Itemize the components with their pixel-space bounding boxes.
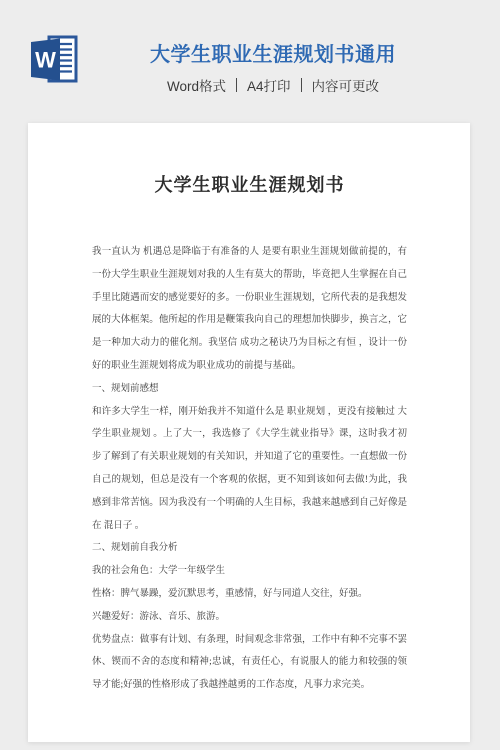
doc-line-social-role: 我的社会角色：大学一年级学生	[92, 560, 407, 583]
meta-editable-label: 内容可更改	[312, 75, 380, 95]
meta-divider	[301, 78, 302, 92]
document-title: 大学生职业生涯规划书	[92, 173, 407, 197]
doc-section-heading-1: 一、规划前感想	[92, 378, 407, 401]
page-title: 大学生职业生涯规划书通用	[46, 42, 500, 68]
meta-print-label: A4打印	[247, 75, 291, 95]
doc-line-hobbies: 兴趣爱好：游泳、音乐、旅游。	[92, 606, 407, 629]
template-preview-page: W 大学生职业生涯规划书通用 Word格式 A4打印 内容可更改 大学生职业生涯…	[0, 0, 500, 750]
document-body: 我一直认为 机遇总是降临于有准备的人 是要有职业生涯规划做前提的，有一份大学生职…	[92, 241, 407, 697]
doc-line-strengths: 优势盘点：做事有计划、有条理，时间观念非常强，工作中有种不完事不罢休、锲而不舍的…	[92, 629, 407, 697]
meta-format-label: Word格式	[167, 75, 226, 95]
doc-line-personality: 性格：脾气暴躁，爱沉默思考，重感情，好与同道人交往，好强。	[92, 583, 407, 606]
meta-divider	[236, 78, 237, 92]
doc-paragraph-intro: 我一直认为 机遇总是降临于有准备的人 是要有职业生涯规划做前提的，有一份大学生职…	[92, 241, 407, 378]
header-text-block: 大学生职业生涯规划书通用 Word格式 A4打印 内容可更改	[46, 42, 500, 95]
doc-paragraph-section-1: 和许多大学生一样，刚开始我并不知道什么是 职业规划 ，更没有接触过 大学生职业规…	[92, 401, 407, 538]
file-meta: Word格式 A4打印 内容可更改	[46, 75, 500, 95]
document-preview-card: 大学生职业生涯规划书 我一直认为 机遇总是降临于有准备的人 是要有职业生涯规划做…	[28, 123, 470, 742]
doc-section-heading-2: 二、规划前自我分析	[92, 537, 407, 560]
header: W 大学生职业生涯规划书通用 Word格式 A4打印 内容可更改	[0, 0, 500, 123]
